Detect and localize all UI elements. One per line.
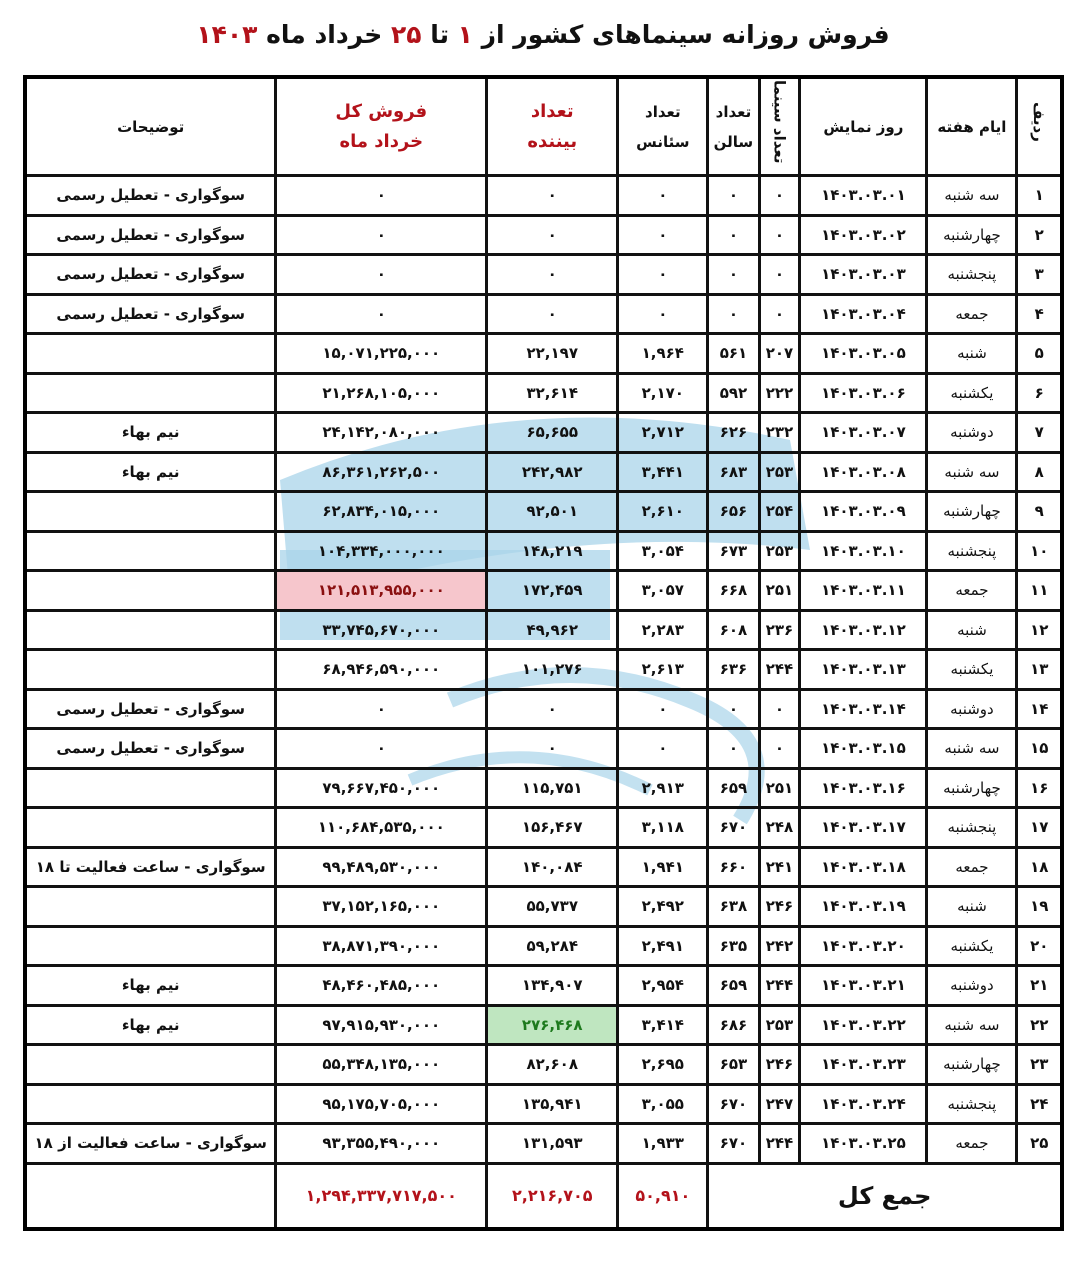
table-row: ۲چهارشنبه۱۴۰۳.۰۳.۰۲۰۰۰۰۰سوگواری - تعطیل … [25, 215, 1062, 255]
session-count: ۱,۹۳۳ [618, 1124, 708, 1164]
row-number: ۱۸ [1017, 847, 1062, 887]
table-row: ۸سه شنبه۱۴۰۳.۰۳.۰۸۲۵۳۶۸۳۳,۴۴۱۲۴۲,۹۸۲۸۶,۳… [25, 452, 1062, 492]
notes: نیم بهاء [25, 1005, 276, 1045]
session-count: ۱,۹۴۱ [618, 847, 708, 887]
table-row: ۱۰پنجشنبه۱۴۰۳.۰۳.۱۰۲۵۳۶۷۳۳,۰۵۴۱۴۸,۲۱۹۱۰۴… [25, 531, 1062, 571]
weekday: دوشنبه [927, 966, 1017, 1006]
show-date: ۱۴۰۳.۰۳.۱۰ [800, 531, 927, 571]
weekday: چهارشنبه [927, 1045, 1017, 1085]
session-count: ۰ [618, 294, 708, 334]
table-row: ۶یکشنبه۱۴۰۳.۰۳.۰۶۲۲۲۵۹۲۲,۱۷۰۳۲,۶۱۴۲۱,۲۶۸… [25, 373, 1062, 413]
notes [25, 610, 276, 650]
show-date: ۱۴۰۳.۰۳.۲۱ [800, 966, 927, 1006]
session-count: ۰ [618, 176, 708, 216]
row-number: ۲۵ [1017, 1124, 1062, 1164]
total-sales: ۱۵,۰۷۱,۲۲۵,۰۰۰ [276, 334, 487, 374]
header-viewers: تعدادبیننده [487, 77, 618, 176]
viewer-count: ۱۴۸,۲۱۹ [487, 531, 618, 571]
cinema-count: ۲۵۳ [759, 1005, 800, 1045]
viewer-count: ۰ [487, 294, 618, 334]
total-sales: ۰ [276, 215, 487, 255]
viewer-count: ۲۷۶,۴۶۸ [487, 1005, 618, 1045]
viewer-count: ۶۵,۶۵۵ [487, 413, 618, 453]
total-sales: ۰ [276, 176, 487, 216]
notes: سوگواری - تعطیل رسمی [25, 729, 276, 769]
viewer-count: ۱۳۱,۵۹۳ [487, 1124, 618, 1164]
show-date: ۱۴۰۳.۰۳.۰۷ [800, 413, 927, 453]
hall-count: ۶۰۸ [708, 610, 759, 650]
show-date: ۱۴۰۳.۰۳.۱۷ [800, 808, 927, 848]
weekday: شنبه [927, 610, 1017, 650]
session-count: ۳,۰۵۴ [618, 531, 708, 571]
show-date: ۱۴۰۳.۰۳.۲۵ [800, 1124, 927, 1164]
title-to-day: ۲۵ [391, 20, 422, 49]
cinema-count: ۰ [759, 729, 800, 769]
weekday: پنجشنبه [927, 531, 1017, 571]
row-number: ۱۱ [1017, 571, 1062, 611]
total-label: جمع کل [708, 1163, 1062, 1229]
viewer-count: ۸۲,۶۰۸ [487, 1045, 618, 1085]
viewer-count: ۴۹,۹۶۲ [487, 610, 618, 650]
notes [25, 531, 276, 571]
hall-count: ۰ [708, 215, 759, 255]
cinema-count: ۰ [759, 255, 800, 295]
weekday: شنبه [927, 334, 1017, 374]
total-sales: ۱۰۴,۳۳۴,۰۰۰,۰۰۰ [276, 531, 487, 571]
row-number: ۷ [1017, 413, 1062, 453]
cinema-count: ۲۴۴ [759, 650, 800, 690]
hall-count: ۰ [708, 689, 759, 729]
cinema-count: ۲۵۳ [759, 452, 800, 492]
row-number: ۱۰ [1017, 531, 1062, 571]
table-row: ۱۹شنبه۱۴۰۳.۰۳.۱۹۲۴۶۶۳۸۲,۴۹۲۵۵,۷۳۷۳۷,۱۵۲,… [25, 887, 1062, 927]
viewer-count: ۵۹,۲۸۴ [487, 926, 618, 966]
viewer-count: ۱۳۵,۹۴۱ [487, 1084, 618, 1124]
viewer-count: ۱۱۵,۷۵۱ [487, 768, 618, 808]
notes [25, 571, 276, 611]
cinema-count: ۰ [759, 215, 800, 255]
show-date: ۱۴۰۳.۰۳.۰۴ [800, 294, 927, 334]
notes: نیم بهاء [25, 452, 276, 492]
header-weekday: ایام هفته [927, 77, 1017, 176]
row-number: ۱۵ [1017, 729, 1062, 769]
row-number: ۱۹ [1017, 887, 1062, 927]
viewer-count: ۰ [487, 176, 618, 216]
show-date: ۱۴۰۳.۰۳.۱۳ [800, 650, 927, 690]
viewer-count: ۰ [487, 729, 618, 769]
notes: سوگواری - ساعت فعالیت تا ۱۸ [25, 847, 276, 887]
header-row-number: ردیف [1017, 77, 1062, 176]
session-count: ۲,۱۷۰ [618, 373, 708, 413]
cinema-count: ۲۵۴ [759, 492, 800, 532]
hall-count: ۰ [708, 294, 759, 334]
hall-count: ۶۶۰ [708, 847, 759, 887]
notes: سوگواری - تعطیل رسمی [25, 176, 276, 216]
title-from-day: ۱ [458, 20, 473, 49]
table-row: ۱۱جمعه۱۴۰۳.۰۳.۱۱۲۵۱۶۶۸۳,۰۵۷۱۷۲,۴۵۹۱۲۱,۵۱… [25, 571, 1062, 611]
weekday: سه شنبه [927, 1005, 1017, 1045]
table-row: ۲۴پنجشنبه۱۴۰۳.۰۳.۲۴۲۴۷۶۷۰۳,۰۵۵۱۳۵,۹۴۱۹۵,… [25, 1084, 1062, 1124]
hall-count: ۶۲۶ [708, 413, 759, 453]
show-date: ۱۴۰۳.۰۳.۰۳ [800, 255, 927, 295]
weekday: پنجشنبه [927, 1084, 1017, 1124]
show-date: ۱۴۰۳.۰۳.۱۹ [800, 887, 927, 927]
row-number: ۱۶ [1017, 768, 1062, 808]
total-sessions: ۵۰,۹۱۰ [618, 1163, 708, 1229]
notes: سوگواری - تعطیل رسمی [25, 215, 276, 255]
table-row: ۱۸جمعه۱۴۰۳.۰۳.۱۸۲۴۱۶۶۰۱,۹۴۱۱۴۰,۰۸۴۹۹,۴۸۹… [25, 847, 1062, 887]
notes [25, 887, 276, 927]
table-row: ۲۲سه شنبه۱۴۰۳.۰۳.۲۲۲۵۳۶۸۶۳,۴۱۴۲۷۶,۴۶۸۹۷,… [25, 1005, 1062, 1045]
cinema-count: ۲۰۷ [759, 334, 800, 374]
table-row: ۱۲شنبه۱۴۰۳.۰۳.۱۲۲۳۶۶۰۸۲,۲۸۳۴۹,۹۶۲۳۳,۷۴۵,… [25, 610, 1062, 650]
table-row: ۱۵سه شنبه۱۴۰۳.۰۳.۱۵۰۰۰۰۰سوگواری - تعطیل … [25, 729, 1062, 769]
cinema-count: ۲۴۷ [759, 1084, 800, 1124]
show-date: ۱۴۰۳.۰۳.۲۰ [800, 926, 927, 966]
total-sales: ۲۱,۲۶۸,۱۰۵,۰۰۰ [276, 373, 487, 413]
show-date: ۱۴۰۳.۰۳.۲۳ [800, 1045, 927, 1085]
show-date: ۱۴۰۳.۰۳.۰۸ [800, 452, 927, 492]
total-sales: ۳۸,۸۷۱,۳۹۰,۰۰۰ [276, 926, 487, 966]
notes [25, 808, 276, 848]
row-number: ۱ [1017, 176, 1062, 216]
total-sales: ۱,۲۹۴,۳۳۷,۷۱۷,۵۰۰ [276, 1163, 487, 1229]
notes: سوگواری - تعطیل رسمی [25, 294, 276, 334]
table-row: ۷دوشنبه۱۴۰۳.۰۳.۰۷۲۳۲۶۲۶۲,۷۱۲۶۵,۶۵۵۲۴,۱۴۲… [25, 413, 1062, 453]
hall-count: ۶۷۰ [708, 1084, 759, 1124]
total-sales: ۴۸,۴۶۰,۴۸۵,۰۰۰ [276, 966, 487, 1006]
total-sales: ۸۶,۳۶۱,۲۶۲,۵۰۰ [276, 452, 487, 492]
show-date: ۱۴۰۳.۰۳.۱۴ [800, 689, 927, 729]
cinema-count: ۲۴۱ [759, 847, 800, 887]
show-date: ۱۴۰۳.۰۳.۰۱ [800, 176, 927, 216]
weekday: سه شنبه [927, 176, 1017, 216]
hall-count: ۶۷۰ [708, 808, 759, 848]
row-number: ۱۳ [1017, 650, 1062, 690]
hall-count: ۶۵۹ [708, 966, 759, 1006]
hall-count: ۶۵۹ [708, 768, 759, 808]
cinema-count: ۲۳۶ [759, 610, 800, 650]
total-sales: ۳۳,۷۴۵,۶۷۰,۰۰۰ [276, 610, 487, 650]
cinema-count: ۲۳۲ [759, 413, 800, 453]
table-row: ۲۵جمعه۱۴۰۳.۰۳.۲۵۲۴۴۶۷۰۱,۹۳۳۱۳۱,۵۹۳۹۳,۳۵۵… [25, 1124, 1062, 1164]
session-count: ۳,۰۵۷ [618, 571, 708, 611]
title-year: ۱۴۰۳ [196, 20, 257, 49]
weekday: چهارشنبه [927, 768, 1017, 808]
show-date: ۱۴۰۳.۰۳.۲۲ [800, 1005, 927, 1045]
row-number: ۲۳ [1017, 1045, 1062, 1085]
cinema-count: ۰ [759, 689, 800, 729]
title-text: تا [421, 20, 457, 49]
row-number: ۴ [1017, 294, 1062, 334]
weekday: سه شنبه [927, 729, 1017, 769]
hall-count: ۵۹۲ [708, 373, 759, 413]
viewer-count: ۱۵۶,۴۶۷ [487, 808, 618, 848]
cinema-count: ۰ [759, 176, 800, 216]
cinema-count: ۲۴۶ [759, 887, 800, 927]
viewer-count: ۲۴۲,۹۸۲ [487, 452, 618, 492]
total-sales: ۶۸,۹۴۶,۵۹۰,۰۰۰ [276, 650, 487, 690]
session-count: ۳,۴۱۴ [618, 1005, 708, 1045]
session-count: ۲,۷۱۲ [618, 413, 708, 453]
session-count: ۲,۹۱۳ [618, 768, 708, 808]
title-text: فروش روزانه سینماهای کشور از [473, 20, 890, 49]
cinema-count: ۲۴۴ [759, 966, 800, 1006]
table-row: ۳پنجشنبه۱۴۰۳.۰۳.۰۳۰۰۰۰۰سوگواری - تعطیل ر… [25, 255, 1062, 295]
cinema-count: ۲۵۳ [759, 531, 800, 571]
hall-count: ۶۶۸ [708, 571, 759, 611]
viewer-count: ۹۲,۵۰۱ [487, 492, 618, 532]
row-number: ۲ [1017, 215, 1062, 255]
table-row: ۵شنبه۱۴۰۳.۰۳.۰۵۲۰۷۵۶۱۱,۹۶۴۲۲,۱۹۷۱۵,۰۷۱,۲… [25, 334, 1062, 374]
row-number: ۸ [1017, 452, 1062, 492]
weekday: پنجشنبه [927, 255, 1017, 295]
weekday: چهارشنبه [927, 215, 1017, 255]
row-number: ۲۰ [1017, 926, 1062, 966]
hall-count: ۶۵۳ [708, 1045, 759, 1085]
weekday: چهارشنبه [927, 492, 1017, 532]
row-number: ۱۲ [1017, 610, 1062, 650]
cinema-count: ۲۴۶ [759, 1045, 800, 1085]
total-sales: ۰ [276, 729, 487, 769]
row-number: ۲۴ [1017, 1084, 1062, 1124]
weekday: جمعه [927, 847, 1017, 887]
total-sales: ۹۹,۴۸۹,۵۳۰,۰۰۰ [276, 847, 487, 887]
total-sales: ۳۷,۱۵۲,۱۶۵,۰۰۰ [276, 887, 487, 927]
hall-count: ۰ [708, 255, 759, 295]
row-number: ۳ [1017, 255, 1062, 295]
row-number: ۵ [1017, 334, 1062, 374]
total-sales: ۲۴,۱۴۲,۰۸۰,۰۰۰ [276, 413, 487, 453]
header-row: ردیف ایام هفته روز نمایش تعداد سینما تعد… [25, 77, 1062, 176]
weekday: یکشنبه [927, 650, 1017, 690]
table-row: ۱۳یکشنبه۱۴۰۳.۰۳.۱۳۲۴۴۶۳۶۲,۶۱۳۱۰۱,۲۷۶۶۸,۹… [25, 650, 1062, 690]
total-sales: ۱۲۱,۵۱۳,۹۵۵,۰۰۰ [276, 571, 487, 611]
weekday: جمعه [927, 294, 1017, 334]
notes: نیم بهاء [25, 966, 276, 1006]
table-row: ۱۶چهارشنبه۱۴۰۳.۰۳.۱۶۲۵۱۶۵۹۲,۹۱۳۱۱۵,۷۵۱۷۹… [25, 768, 1062, 808]
header-date: روز نمایش [800, 77, 927, 176]
viewer-count: ۰ [487, 255, 618, 295]
header-total-sales: فروش کلخرداد ماه [276, 77, 487, 176]
cinema-count: ۲۲۲ [759, 373, 800, 413]
weekday: پنجشنبه [927, 808, 1017, 848]
viewer-count: ۱۰۱,۲۷۶ [487, 650, 618, 690]
notes: نیم بهاء [25, 413, 276, 453]
total-sales: ۰ [276, 294, 487, 334]
viewer-count: ۲۲,۱۹۷ [487, 334, 618, 374]
weekday: جمعه [927, 1124, 1017, 1164]
total-row: جمع کل ۵۰,۹۱۰ ۲,۲۱۶,۷۰۵ ۱,۲۹۴,۳۳۷,۷۱۷,۵۰… [25, 1163, 1062, 1229]
show-date: ۱۴۰۳.۰۳.۰۹ [800, 492, 927, 532]
row-number: ۱۴ [1017, 689, 1062, 729]
session-count: ۳,۱۱۸ [618, 808, 708, 848]
show-date: ۱۴۰۳.۰۳.۱۲ [800, 610, 927, 650]
weekday: شنبه [927, 887, 1017, 927]
hall-count: ۰ [708, 729, 759, 769]
cinema-count: ۲۴۸ [759, 808, 800, 848]
hall-count: ۰ [708, 176, 759, 216]
notes [25, 334, 276, 374]
total-notes [25, 1163, 276, 1229]
hall-count: ۶۳۶ [708, 650, 759, 690]
daily-sales-table: ردیف ایام هفته روز نمایش تعداد سینما تعد… [23, 75, 1064, 1231]
viewer-count: ۵۵,۷۳۷ [487, 887, 618, 927]
table-row: ۱۴دوشنبه۱۴۰۳.۰۳.۱۴۰۰۰۰۰سوگواری - تعطیل ر… [25, 689, 1062, 729]
session-count: ۰ [618, 215, 708, 255]
session-count: ۳,۴۴۱ [618, 452, 708, 492]
total-sales: ۵۵,۳۴۸,۱۳۵,۰۰۰ [276, 1045, 487, 1085]
row-number: ۲۲ [1017, 1005, 1062, 1045]
row-number: ۲۱ [1017, 966, 1062, 1006]
viewer-count: ۰ [487, 215, 618, 255]
notes [25, 768, 276, 808]
header-cinemas: تعداد سینما [759, 77, 800, 176]
notes [25, 1084, 276, 1124]
session-count: ۲,۶۹۵ [618, 1045, 708, 1085]
header-halls: تعدادسالن [708, 77, 759, 176]
session-count: ۲,۴۹۲ [618, 887, 708, 927]
hall-count: ۶۳۸ [708, 887, 759, 927]
header-notes: توضیحات [25, 77, 276, 176]
hall-count: ۶۵۶ [708, 492, 759, 532]
notes [25, 650, 276, 690]
session-count: ۰ [618, 255, 708, 295]
weekday: جمعه [927, 571, 1017, 611]
notes: سوگواری - تعطیل رسمی [25, 255, 276, 295]
total-sales: ۰ [276, 689, 487, 729]
notes [25, 1045, 276, 1085]
total-sales: ۹۵,۱۷۵,۷۰۵,۰۰۰ [276, 1084, 487, 1124]
row-number: ۹ [1017, 492, 1062, 532]
session-count: ۱,۹۶۴ [618, 334, 708, 374]
cinema-count: ۰ [759, 294, 800, 334]
show-date: ۱۴۰۳.۰۳.۲۴ [800, 1084, 927, 1124]
page-title: فروش روزانه سینماهای کشور از ۱ تا ۲۵ خرد… [0, 20, 1086, 49]
session-count: ۰ [618, 729, 708, 769]
notes: سوگواری - ساعت فعالیت از ۱۸ [25, 1124, 276, 1164]
table-row: ۹چهارشنبه۱۴۰۳.۰۳.۰۹۲۵۴۶۵۶۲,۶۱۰۹۲,۵۰۱۶۲,۸… [25, 492, 1062, 532]
total-viewers: ۲,۲۱۶,۷۰۵ [487, 1163, 618, 1229]
weekday: یکشنبه [927, 926, 1017, 966]
show-date: ۱۴۰۳.۰۳.۱۱ [800, 571, 927, 611]
viewer-count: ۱۷۲,۴۵۹ [487, 571, 618, 611]
hall-count: ۶۳۵ [708, 926, 759, 966]
total-sales: ۰ [276, 255, 487, 295]
cinema-count: ۲۵۱ [759, 571, 800, 611]
table-row: ۴جمعه۱۴۰۳.۰۳.۰۴۰۰۰۰۰سوگواری - تعطیل رسمی [25, 294, 1062, 334]
table-row: ۲۱دوشنبه۱۴۰۳.۰۳.۲۱۲۴۴۶۵۹۲,۹۵۴۱۳۴,۹۰۷۴۸,۴… [25, 966, 1062, 1006]
show-date: ۱۴۰۳.۰۳.۰۵ [800, 334, 927, 374]
show-date: ۱۴۰۳.۰۳.۰۶ [800, 373, 927, 413]
cinema-count: ۲۴۴ [759, 1124, 800, 1164]
weekday: یکشنبه [927, 373, 1017, 413]
viewer-count: ۱۳۴,۹۰۷ [487, 966, 618, 1006]
notes [25, 926, 276, 966]
header-sessions: تعدادسئانس [618, 77, 708, 176]
total-sales: ۱۱۰,۶۸۴,۵۳۵,۰۰۰ [276, 808, 487, 848]
total-sales: ۷۹,۶۶۷,۴۵۰,۰۰۰ [276, 768, 487, 808]
cinema-count: ۲۴۲ [759, 926, 800, 966]
notes [25, 373, 276, 413]
show-date: ۱۴۰۳.۰۳.۱۸ [800, 847, 927, 887]
hall-count: ۶۷۳ [708, 531, 759, 571]
hall-count: ۶۸۳ [708, 452, 759, 492]
session-count: ۳,۰۵۵ [618, 1084, 708, 1124]
hall-count: ۵۶۱ [708, 334, 759, 374]
weekday: دوشنبه [927, 689, 1017, 729]
total-sales: ۹۳,۳۵۵,۴۹۰,۰۰۰ [276, 1124, 487, 1164]
viewer-count: ۱۴۰,۰۸۴ [487, 847, 618, 887]
hall-count: ۶۸۶ [708, 1005, 759, 1045]
show-date: ۱۴۰۳.۰۳.۱۵ [800, 729, 927, 769]
table-row: ۲۰یکشنبه۱۴۰۳.۰۳.۲۰۲۴۲۶۳۵۲,۴۹۱۵۹,۲۸۴۳۸,۸۷… [25, 926, 1062, 966]
total-sales: ۹۷,۹۱۵,۹۳۰,۰۰۰ [276, 1005, 487, 1045]
session-count: ۰ [618, 689, 708, 729]
show-date: ۱۴۰۳.۰۳.۰۲ [800, 215, 927, 255]
session-count: ۲,۶۱۰ [618, 492, 708, 532]
table-row: ۱سه شنبه۱۴۰۳.۰۳.۰۱۰۰۰۰۰سوگواری - تعطیل ر… [25, 176, 1062, 216]
session-count: ۲,۹۵۴ [618, 966, 708, 1006]
row-number: ۶ [1017, 373, 1062, 413]
total-sales: ۶۲,۸۳۴,۰۱۵,۰۰۰ [276, 492, 487, 532]
show-date: ۱۴۰۳.۰۳.۱۶ [800, 768, 927, 808]
cinema-count: ۲۵۱ [759, 768, 800, 808]
title-text: خرداد ماه [257, 20, 391, 49]
notes: سوگواری - تعطیل رسمی [25, 689, 276, 729]
notes [25, 492, 276, 532]
table-row: ۱۷پنجشنبه۱۴۰۳.۰۳.۱۷۲۴۸۶۷۰۳,۱۱۸۱۵۶,۴۶۷۱۱۰… [25, 808, 1062, 848]
hall-count: ۶۷۰ [708, 1124, 759, 1164]
row-number: ۱۷ [1017, 808, 1062, 848]
weekday: سه شنبه [927, 452, 1017, 492]
table-row: ۲۳چهارشنبه۱۴۰۳.۰۳.۲۳۲۴۶۶۵۳۲,۶۹۵۸۲,۶۰۸۵۵,… [25, 1045, 1062, 1085]
session-count: ۲,۴۹۱ [618, 926, 708, 966]
weekday: دوشنبه [927, 413, 1017, 453]
viewer-count: ۳۲,۶۱۴ [487, 373, 618, 413]
session-count: ۲,۲۸۳ [618, 610, 708, 650]
viewer-count: ۰ [487, 689, 618, 729]
session-count: ۲,۶۱۳ [618, 650, 708, 690]
